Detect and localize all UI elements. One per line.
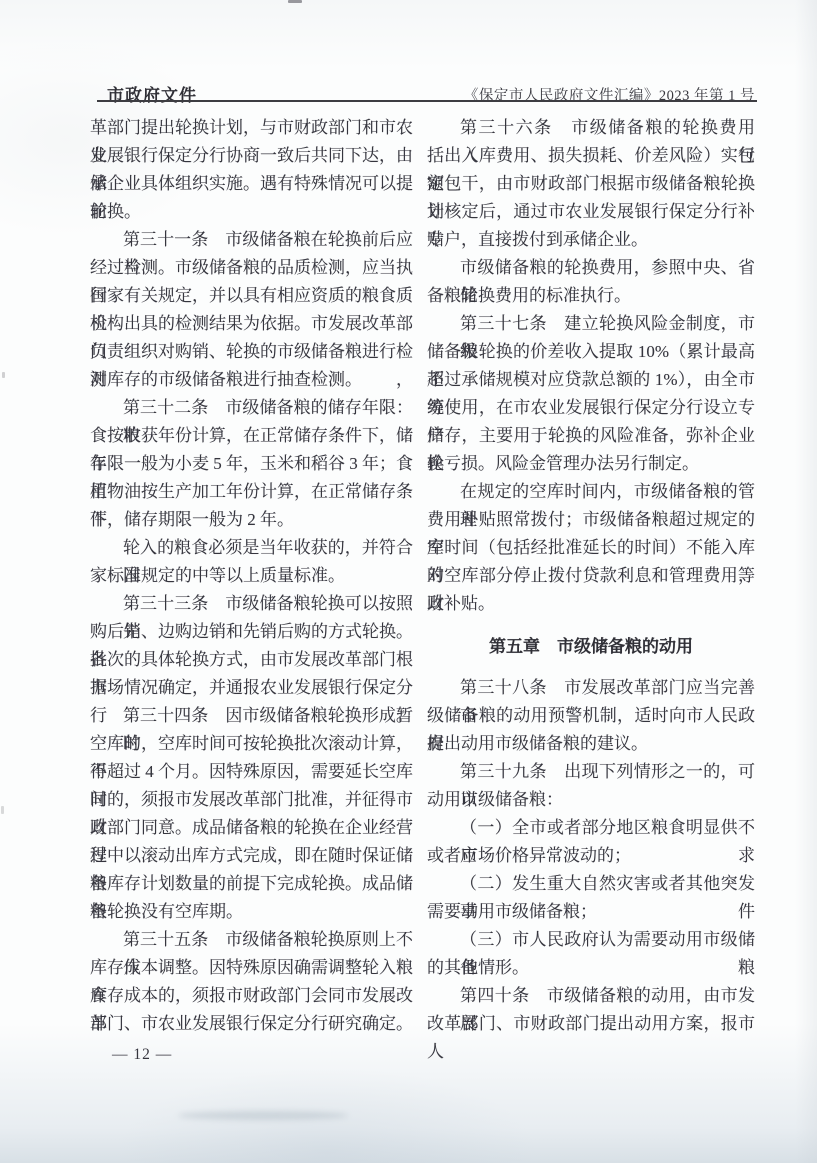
text-line: 轮入的粮食必须是当年收获的，并符合国	[90, 534, 413, 562]
text-line: 超过承储规模对应贷款总额的 1%），由全市统	[427, 366, 755, 394]
text-line: 食按收获年份计算，在正常储存条件下，储存	[90, 422, 413, 450]
text-line: 动用市级储备粮：	[427, 786, 755, 814]
text-line: 植物油按生产加工年份计算，在正常储存条件	[90, 478, 413, 506]
header-rule	[97, 100, 757, 102]
text-line: 提出动用市级储备粮的建议。	[427, 730, 755, 758]
text-line: 国家有关规定，并以具有相应资质的粮食质检	[90, 282, 413, 310]
text-line: 空库的，空库时间可按轮换批次滚动计算，不	[90, 730, 413, 758]
scan-smudge	[178, 1111, 348, 1120]
text-line: 发展银行保定分行协商一致后共同下达，由承	[90, 142, 413, 170]
header-document-category: 市政府文件	[107, 81, 197, 106]
text-line: 备粮轮换费用的标准执行。	[427, 282, 755, 310]
text-line: 家标准规定的中等以上质量标准。	[90, 562, 413, 590]
text-line: 经过检测。市级储备粮的品质检测，应当执行	[90, 254, 413, 282]
text-line: 第三十四条 因市级储备粮轮换形成暂时	[90, 702, 413, 730]
text-line: 筹使用，在市农业发展银行保定分行设立专户	[427, 394, 755, 422]
text-line: 粮轮换没有空库期。	[90, 898, 413, 926]
text-line: 第三十一条 市级储备粮在轮换前后应当	[90, 226, 413, 254]
text-line: 额包干，由市财政部门根据市级储备粮轮换计	[427, 170, 755, 198]
left-column: 革部门提出轮换计划，与市财政部门和市农业发展银行保定分行协商一致后共同下达，由承…	[90, 114, 413, 1038]
right-column: 第三十六条 市级储备粮的轮换费用（包括出入库费用、损失损耗、价差风险）实行定额包…	[427, 114, 755, 1038]
text-line: 在规定的空库时间内，市级储备粮的管理	[427, 478, 755, 506]
text-line: 第三十七条 建立轮换风险金制度，市级	[427, 310, 755, 338]
text-line: 第三十九条 出现下列情形之一的，可以	[427, 758, 755, 786]
text-line: 级储备粮的动用预警机制，适时向市人民政府	[427, 702, 755, 730]
text-line: 储存，主要用于轮换的风险准备，弥补企业轮	[427, 422, 755, 450]
text-line: 库存成本的，须报市财政部门会同市发展改革	[90, 982, 413, 1010]
text-line: 对空库部分停止拨付贷款利息和管理费用等财	[427, 562, 755, 590]
text-line: 第三十六条 市级储备粮的轮换费用（包	[427, 114, 755, 142]
text-line: （一）全市或者部分地区粮食明显供不应求	[427, 814, 755, 842]
text-line: 第三十三条 市级储备粮轮换可以按照先	[90, 590, 413, 618]
text-line: 粮库存计划数量的前提下完成轮换。成品储备	[90, 870, 413, 898]
text-line: 得超过 4 个月。因特殊原因，需要延长空库时	[90, 758, 413, 786]
text-line: 轮换。	[90, 198, 413, 226]
text-line: 专户，直接拨付到承储企业。	[427, 226, 755, 254]
text-line: 划核定后，通过市农业发展银行保定分行补贴	[427, 198, 755, 226]
text-line: 库时间（包括经批准延长的时间）不能入库的，	[427, 534, 755, 562]
text-line: 第四十条 市级储备粮的动用，由市发展	[427, 982, 755, 1010]
text-line: 市级储备粮的轮换费用，参照中央、省储	[427, 254, 755, 282]
scan-speck	[2, 372, 5, 378]
page-number: — 12 —	[112, 1046, 172, 1064]
document-page: 市政府文件 《保定市人民政府文件汇编》2023 年第 1 号 革部门提出轮换计划…	[0, 0, 817, 1163]
text-line: 库存成本调整。因特殊原因确需调整轮入粮食	[90, 954, 413, 982]
text-line: 换亏损。风险金管理办法另行制定。	[427, 450, 755, 478]
text-line: 年限一般为小麦 5 年，玉米和稻谷 3 年；食用	[90, 450, 413, 478]
text-line: 政部门同意。成品储备粮的轮换在企业经营过	[90, 814, 413, 842]
page-edge-shadow	[795, 0, 817, 1163]
text-line: （二）发生重大自然灾害或者其他突发事件	[427, 870, 755, 898]
text-line: 程中以滚动出库方式完成，即在随时保证储备	[90, 842, 413, 870]
text-line: （三）市人民政府认为需要动用市级储备粮	[427, 926, 755, 954]
scan-speck	[288, 0, 302, 3]
text-line: 下，储存期限一般为 2 年。	[90, 506, 413, 534]
text-line: 市场情况确定，并通报农业发展银行保定分行。	[90, 674, 413, 702]
text-line: 负责组织对购销、轮换的市级储备粮进行检测，	[90, 338, 413, 366]
text-line: 储备粮轮换的价差收入提取 10%（累计最高不	[427, 338, 755, 366]
text-line: 政补贴。	[427, 590, 755, 618]
text-line: 第三十八条 市发展改革部门应当完善市	[427, 674, 755, 702]
text-line: 机构出具的检测结果为依据。市发展改革部门	[90, 310, 413, 338]
text-line: 第三十五条 市级储备粮轮换原则上不作	[90, 926, 413, 954]
text-line: 费用补贴照常拨付；市级储备粮超过规定的空	[427, 506, 755, 534]
text-line: 储企业具体组织实施。遇有特殊情况可以提前	[90, 170, 413, 198]
scan-speck	[1, 806, 4, 814]
text-line: 间的，须报市发展改革部门批准，并征得市财	[90, 786, 413, 814]
chapter-heading: 第五章 市级储备粮的动用	[427, 633, 755, 661]
text-line: 部门、市农业发展银行保定分行研究确定。	[90, 1010, 413, 1038]
text-line: 购后销、边购边销和先销后购的方式轮换。各	[90, 618, 413, 646]
text-line: 革部门提出轮换计划，与市财政部门和市农业	[90, 114, 413, 142]
text-line: 第三十二条 市级储备粮的储存年限：粮	[90, 394, 413, 422]
text-line: 批次的具体轮换方式，由市发展改革部门根据	[90, 646, 413, 674]
text-line: 改革部门、市财政部门提出动用方案，报市人	[427, 1010, 755, 1038]
text-line: 括出入库费用、损失损耗、价差风险）实行定	[427, 142, 755, 170]
